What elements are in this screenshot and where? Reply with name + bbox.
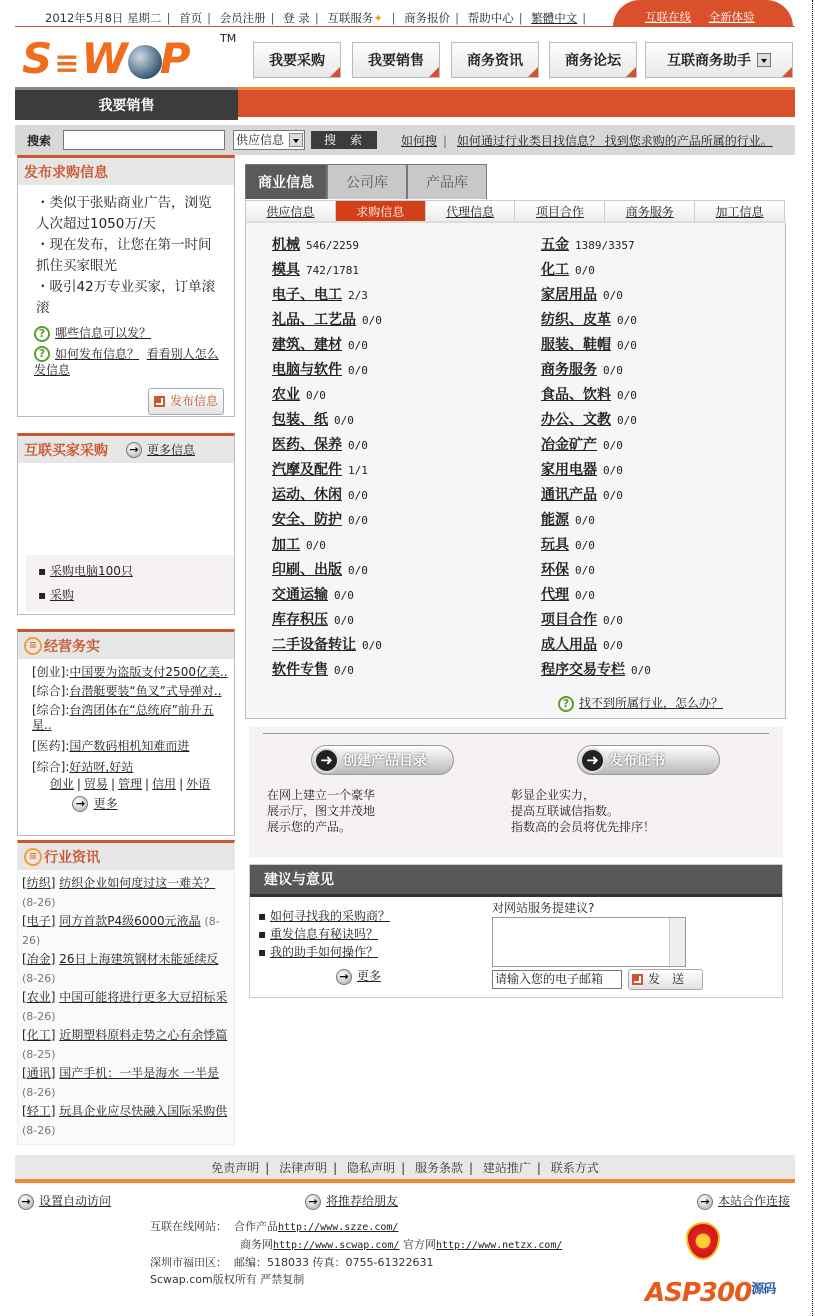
category-count: 0/0 bbox=[617, 339, 637, 352]
category-link[interactable]: 五金 bbox=[541, 237, 569, 253]
category-item: 模具742/1781 bbox=[272, 258, 382, 283]
footer-nav: →设置自动访问 →将推荐给朋友 →本站合作连接 bbox=[15, 1192, 795, 1212]
category-item: 汽摩及配件1/1 bbox=[272, 458, 382, 483]
category-item: 家居用品0/0 bbox=[541, 283, 651, 308]
category-link[interactable]: 项目合作 bbox=[541, 612, 597, 628]
category-link[interactable]: 医药、保养 bbox=[272, 437, 342, 453]
search-bar: 搜索 供应信息 搜索 如何搜| 如何通过行业类目找信息？ 找到您求购的产品所属的… bbox=[15, 125, 795, 155]
question-icon: ? bbox=[34, 346, 50, 362]
category-link[interactable]: 冶金矿产 bbox=[541, 437, 597, 453]
business-panel: ≡经营务实 [创业]:中国要为盗版支付2500亿美.. [综合]:台潜艇要装“鱼… bbox=[17, 629, 235, 836]
category-item: 建筑、建材0/0 bbox=[272, 333, 382, 358]
category-count: 0/0 bbox=[334, 589, 354, 602]
faq-link[interactable]: 重发信息有秘诀吗？ bbox=[270, 927, 378, 941]
search-button[interactable]: 搜索 bbox=[311, 131, 377, 149]
arrow-right-icon: → bbox=[336, 969, 352, 985]
category-link[interactable]: 二手设备转让 bbox=[272, 637, 356, 653]
category-count: 0/0 bbox=[306, 539, 326, 552]
logo[interactable]: S≡WP bbox=[22, 36, 222, 82]
list-item[interactable]: 采购 bbox=[50, 588, 74, 602]
question-icon: ? bbox=[558, 696, 574, 712]
news-item: [冶金] 26日上海建筑钢材未能延续反 (8-26) bbox=[22, 950, 228, 988]
search-input[interactable] bbox=[63, 130, 225, 150]
category-count: 0/0 bbox=[603, 364, 623, 377]
top-promo: 互联在线 全新体验 bbox=[613, 0, 793, 27]
category-count: 1389/3357 bbox=[575, 239, 635, 252]
search-label: 搜索 bbox=[27, 132, 51, 149]
panel-title: 行业资讯 bbox=[44, 847, 100, 867]
star-icon: ✦ bbox=[373, 11, 383, 25]
subtab-service[interactable]: 商务服务 bbox=[605, 201, 695, 221]
more-link[interactable]: 更多 bbox=[357, 969, 381, 983]
footer-link[interactable]: 隐私声明 bbox=[347, 1161, 395, 1175]
category-item: 代理0/0 bbox=[541, 583, 651, 608]
email-field[interactable]: 请输入您的电子邮箱 bbox=[492, 970, 622, 989]
category-count: 0/0 bbox=[348, 514, 368, 527]
list-item[interactable]: 台潜艇要装“鱼叉”式导弹对.. bbox=[69, 684, 221, 698]
category-box: 机械546/2259模具742/1781电子、电工2/3礼品、工艺品0/0建筑、… bbox=[245, 223, 786, 719]
category-item: 通讯产品0/0 bbox=[541, 483, 651, 508]
subtab-purchase[interactable]: 求购信息 bbox=[336, 201, 426, 221]
sub-tabs: 供应信息 求购信息 代理信息 项目合作 商务服务 加工信息 bbox=[245, 200, 785, 223]
biz-url[interactable]: http://www.scwap.com/ bbox=[273, 1240, 399, 1251]
create-catalog-button[interactable]: ➜创建产品目录 bbox=[311, 745, 454, 775]
footer-link[interactable]: 服务条款 bbox=[415, 1161, 463, 1175]
category-link[interactable]: 农业 bbox=[272, 387, 300, 403]
footer-link[interactable]: 免责声明 bbox=[211, 1161, 259, 1175]
news-item: [通讯] 国产手机：一半是海水 一半是 (8-26) bbox=[22, 1064, 228, 1102]
scrollbar[interactable] bbox=[669, 918, 685, 966]
nav-purchase[interactable]: 我要采购 bbox=[253, 42, 341, 78]
send-button[interactable]: 发 送 bbox=[628, 969, 703, 990]
category-column-right: 五金1389/3357化工0/0家居用品0/0纺织、皮革0/0服装、鞋帽0/0商… bbox=[541, 233, 651, 683]
category-item: 家用电器0/0 bbox=[541, 458, 651, 483]
cat-management[interactable]: 管理 bbox=[118, 777, 142, 791]
section-title: 我要销售 bbox=[15, 87, 238, 120]
category-item: 纺织、皮革0/0 bbox=[541, 308, 651, 333]
category-count: 0/0 bbox=[306, 389, 326, 402]
link-register[interactable]: 会员注册 bbox=[220, 11, 266, 25]
watermark-logo: ASP300源码 bbox=[645, 1278, 775, 1308]
badge-icon bbox=[686, 1222, 720, 1260]
industry-news-panel: ≡行业资讯 [纺织] 纺织企业如何度过这一难关？ (8-26) [电子] 同方首… bbox=[17, 840, 235, 1145]
category-count: 0/0 bbox=[348, 364, 368, 377]
panel-title: 发布求购信息 bbox=[18, 158, 234, 185]
arrow-right-icon: → bbox=[72, 796, 88, 812]
cat-startup[interactable]: 创业 bbox=[50, 777, 74, 791]
link-services[interactable]: 互联服务 bbox=[327, 11, 373, 25]
category-count: 0/0 bbox=[334, 614, 354, 627]
subtab-agency[interactable]: 代理信息 bbox=[426, 201, 516, 221]
industry-tip-link[interactable]: 如何通过行业类目找信息？ 找到您求购的产品所属的行业。 bbox=[457, 134, 773, 148]
question-icon: ? bbox=[34, 326, 50, 342]
dropdown-arrow-icon[interactable] bbox=[757, 53, 771, 67]
category-link[interactable]: 加工 bbox=[272, 537, 300, 553]
category-item: 医药、保养0/0 bbox=[272, 433, 382, 458]
category-item: 环保0/0 bbox=[541, 558, 651, 583]
list-item[interactable]: 国产数码相机知难而进 bbox=[69, 739, 189, 753]
subtab-project[interactable]: 项目合作 bbox=[515, 201, 605, 221]
link-quotes[interactable]: 商务报价 bbox=[404, 11, 450, 25]
category-count: 0/0 bbox=[348, 564, 368, 577]
arrow-right-icon: → bbox=[126, 442, 142, 458]
nav-assistant[interactable]: 互联商务助手 bbox=[645, 42, 793, 78]
create-box: ➜创建产品目录 ➜发布证书 在网上建立一个豪华展示厅，图文并茂地展示您的产品。 … bbox=[249, 727, 783, 857]
category-link[interactable]: 办公、文教 bbox=[541, 412, 611, 428]
category-link[interactable]: 汽摩及配件 bbox=[272, 462, 342, 478]
subtab-supply[interactable]: 供应信息 bbox=[246, 201, 336, 221]
more-info-link[interactable]: 更多信息 bbox=[147, 443, 195, 457]
category-item: 商务服务0/0 bbox=[541, 358, 651, 383]
arrow-right-icon: → bbox=[697, 1194, 713, 1210]
arrow-right-icon: → bbox=[18, 1194, 34, 1210]
create-desc: 在网上建立一个豪华展示厅，图文并茂地展示您的产品。 bbox=[267, 787, 375, 835]
suggestion-box: 建议与意见 ▪ 如何寻找我的采购商？ ▪ 重发信息有秘诀吗？ ▪ 我的助手如何操… bbox=[249, 864, 783, 998]
category-link[interactable]: 模具 bbox=[272, 262, 300, 278]
news-item: [纺织] 纺织企业如何度过这一难关？ (8-26) bbox=[22, 874, 228, 912]
category-link[interactable]: 纺织、皮革 bbox=[541, 312, 611, 328]
category-item: 项目合作0/0 bbox=[541, 608, 651, 633]
news-item: [农业] 中国可能将进行更多大豆招标采 (8-26) bbox=[22, 988, 228, 1026]
category-link[interactable]: 安全、防护 bbox=[272, 512, 342, 528]
category-count: 0/0 bbox=[575, 264, 595, 277]
main-tabs: 商业信息 公司库 产品库 bbox=[245, 164, 487, 199]
category-item: 软件专售0/0 bbox=[272, 658, 382, 683]
news-item: [化工] 近期塑料原料走势之心有余悸篇 (8-25) bbox=[22, 1026, 228, 1064]
arrow-box-icon bbox=[154, 396, 165, 407]
category-item: 食品、饮料0/0 bbox=[541, 383, 651, 408]
tab-product-db[interactable]: 产品库 bbox=[407, 164, 487, 199]
nav-news[interactable]: 商务资讯 bbox=[451, 42, 539, 78]
recommend-link[interactable]: 将推荐给朋友 bbox=[326, 1194, 398, 1208]
category-link[interactable]: 通讯产品 bbox=[541, 487, 597, 503]
link-help[interactable]: 帮助中心 bbox=[468, 11, 514, 25]
category-item: 礼品、工艺品0/0 bbox=[272, 308, 382, 333]
bullet: ・现在发布，让您在第一时间抓住买家眼光 bbox=[36, 235, 224, 277]
category-link[interactable]: 代理 bbox=[541, 587, 569, 603]
category-link[interactable]: 机械 bbox=[272, 237, 300, 253]
category-link[interactable]: 运动、休闲 bbox=[272, 487, 342, 503]
category-item: 电脑与软件0/0 bbox=[272, 358, 382, 383]
category-item: 五金1389/3357 bbox=[541, 233, 651, 258]
link-login[interactable]: 登 录 bbox=[283, 11, 310, 25]
section-bar: 我要销售 bbox=[15, 87, 795, 117]
category-count: 0/0 bbox=[575, 514, 595, 527]
category-item: 农业0/0 bbox=[272, 383, 382, 408]
category-item: 印刷、出版0/0 bbox=[272, 558, 382, 583]
category-item: 运动、休闲0/0 bbox=[272, 483, 382, 508]
arrow-right-icon: ➜ bbox=[580, 748, 605, 773]
tab-business-info[interactable]: 商业信息 bbox=[245, 164, 327, 199]
category-link[interactable]: 化工 bbox=[541, 262, 569, 278]
category-item: 机械546/2259 bbox=[272, 233, 382, 258]
panel-title: 互联买家采购 bbox=[24, 440, 108, 460]
category-count: 0/0 bbox=[617, 389, 637, 402]
category-count: 0/0 bbox=[348, 489, 368, 502]
category-item: 包装、纸0/0 bbox=[272, 408, 382, 433]
arrow-box-icon bbox=[632, 974, 643, 985]
category-count: 0/0 bbox=[348, 439, 368, 452]
category-link[interactable]: 电脑与软件 bbox=[272, 362, 342, 378]
tab-company-db[interactable]: 公司库 bbox=[327, 164, 407, 199]
category-link[interactable]: 印刷、出版 bbox=[272, 562, 342, 578]
category-count: 0/0 bbox=[575, 564, 595, 577]
footer-info: 互联在线网站： 合作产品http://www.szze.com/ 商务网http… bbox=[150, 1218, 562, 1288]
not-found-help: ?找不到所属行业，怎么办？ bbox=[558, 694, 723, 712]
bullet: ・类似于张贴商业广告，浏览人次超过1050万/天 bbox=[36, 193, 224, 235]
category-item: 加工0/0 bbox=[272, 533, 382, 558]
category-count: 1/1 bbox=[348, 464, 368, 477]
chevron-down-icon bbox=[289, 133, 303, 147]
form-label: 对网站服务提建议? bbox=[492, 899, 594, 916]
suggestion-title: 建议与意见 bbox=[250, 865, 782, 897]
category-link[interactable]: 环保 bbox=[541, 562, 569, 578]
category-link[interactable]: 礼品、工艺品 bbox=[272, 312, 356, 328]
bullet: ・吸引42万专业买家，订单滚滚 bbox=[36, 277, 224, 319]
news-item: [电子] 同方首款P4级6000元液晶 (8-26) bbox=[22, 912, 228, 950]
link-traditional-chinese[interactable]: 繁體中文 bbox=[531, 11, 577, 25]
suggestion-textarea[interactable] bbox=[492, 917, 686, 967]
footer-link[interactable]: 法律声明 bbox=[279, 1161, 327, 1175]
trademark: TM bbox=[220, 32, 236, 45]
category-item: 化工0/0 bbox=[541, 258, 651, 283]
category-link[interactable]: 软件专售 bbox=[272, 662, 328, 678]
category-link[interactable]: 库存积压 bbox=[272, 612, 328, 628]
category-link[interactable]: 交通运输 bbox=[272, 587, 328, 603]
publish-panel: 发布求购信息 ・类似于张贴商业广告，浏览人次超过1050万/天 ・现在发布，让您… bbox=[17, 155, 235, 417]
footer-link[interactable]: 建站推广 bbox=[483, 1161, 531, 1175]
more-link[interactable]: 更多 bbox=[93, 797, 117, 811]
category-item: 安全、防护0/0 bbox=[272, 508, 382, 533]
link-home[interactable]: 首页 bbox=[179, 11, 202, 25]
subtab-processing[interactable]: 加工信息 bbox=[695, 201, 784, 221]
category-item: 冶金矿产0/0 bbox=[541, 433, 651, 458]
category-count: 0/0 bbox=[617, 314, 637, 327]
category-count: 0/0 bbox=[603, 439, 623, 452]
category-column-left: 机械546/2259模具742/1781电子、电工2/3礼品、工艺品0/0建筑、… bbox=[272, 233, 382, 683]
category-link[interactable]: 服装、鞋帽 bbox=[541, 337, 611, 353]
category-count: 0/0 bbox=[334, 414, 354, 427]
category-link[interactable]: 电子、电工 bbox=[272, 287, 342, 303]
category-item: 成人用品0/0 bbox=[541, 633, 651, 658]
category-item: 库存积压0/0 bbox=[272, 608, 382, 633]
category-link[interactable]: 家居用品 bbox=[541, 287, 597, 303]
search-help-link[interactable]: 如何搜 bbox=[401, 134, 437, 148]
publish-button[interactable]: 发布信息 bbox=[148, 388, 224, 415]
list-item[interactable]: 中国要为盗版支付2500亿美.. bbox=[69, 665, 227, 679]
top-links: 2012年5月8日 星期二| 首页| 会员注册| 登 录| 互联服务✦ | 商务… bbox=[45, 10, 591, 26]
official-url[interactable]: http://www.netzx.com/ bbox=[436, 1240, 562, 1251]
partner-link[interactable]: 本站合作连接 bbox=[718, 1194, 790, 1208]
certificate-desc: 彰显企业实力，提高互联诚信指数。指数高的会员将优先排序！ bbox=[511, 787, 655, 835]
category-count: 0/0 bbox=[603, 464, 623, 477]
document-icon: ≡ bbox=[24, 848, 42, 866]
category-count: 0/0 bbox=[334, 664, 354, 677]
category-item: 玩具0/0 bbox=[541, 533, 651, 558]
which-info-link[interactable]: 哪些信息可以发？ bbox=[55, 326, 151, 340]
auto-visit-link[interactable]: 设置自动访问 bbox=[39, 1194, 111, 1208]
category-link[interactable]: 成人用品 bbox=[541, 637, 597, 653]
category-count: 0/0 bbox=[603, 289, 623, 302]
category-item: 电子、电工2/3 bbox=[272, 283, 382, 308]
category-link[interactable]: 能源 bbox=[541, 512, 569, 528]
list-item[interactable]: 采购电脑100只 bbox=[50, 564, 133, 578]
panel-title: 经营务实 bbox=[44, 636, 100, 656]
category-count: 0/0 bbox=[362, 314, 382, 327]
search-type-select[interactable]: 供应信息 bbox=[233, 130, 305, 150]
category-count: 0/0 bbox=[617, 414, 637, 427]
category-link[interactable]: 包装、纸 bbox=[272, 412, 328, 428]
category-item: 交通运输0/0 bbox=[272, 583, 382, 608]
arrow-right-icon: ➜ bbox=[314, 748, 339, 773]
category-item: 能源0/0 bbox=[541, 508, 651, 533]
category-count: 546/2259 bbox=[306, 239, 359, 252]
link-online[interactable]: 互联在线 bbox=[645, 10, 691, 24]
category-link[interactable]: 商务服务 bbox=[541, 362, 597, 378]
cat-foreign[interactable]: 外语 bbox=[186, 777, 210, 791]
nav-sell[interactable]: 我要销售 bbox=[352, 42, 440, 78]
category-link[interactable]: 食品、饮料 bbox=[541, 387, 611, 403]
footer-links: 免责声明| 法律声明| 隐私声明| 服务条款| 建站推广| 联系方式 bbox=[15, 1155, 795, 1183]
category-count: 0/0 bbox=[603, 614, 623, 627]
category-item: 二手设备转让0/0 bbox=[272, 633, 382, 658]
category-count: 0/0 bbox=[348, 339, 368, 352]
link-new-experience[interactable]: 全新体验 bbox=[709, 10, 755, 24]
faq-link[interactable]: 我的助手如何操作？ bbox=[270, 945, 378, 959]
buyers-panel: 互联买家采购→更多信息 ▪ 采购电脑100只 ▪ 采购 bbox=[17, 433, 235, 615]
category-count: 0/0 bbox=[575, 589, 595, 602]
cat-credit[interactable]: 信用 bbox=[152, 777, 176, 791]
nav-forum[interactable]: 商务论坛 bbox=[549, 42, 637, 78]
how-publish-link[interactable]: 如何发布信息？ bbox=[55, 347, 139, 361]
not-found-link[interactable]: 找不到所属行业，怎么办？ bbox=[579, 696, 723, 710]
category-count: 0/0 bbox=[362, 639, 382, 652]
category-count: 0/0 bbox=[603, 489, 623, 502]
category-item: 办公、文教0/0 bbox=[541, 408, 651, 433]
category-item: 程序交易专栏0/0 bbox=[541, 658, 651, 683]
globe-icon bbox=[128, 45, 162, 79]
category-count: 2/3 bbox=[348, 289, 368, 302]
category-count: 0/0 bbox=[575, 539, 595, 552]
cat-trade[interactable]: 贸易 bbox=[84, 777, 108, 791]
category-count: 0/0 bbox=[603, 639, 623, 652]
category-link[interactable]: 家用电器 bbox=[541, 462, 597, 478]
category-count: 742/1781 bbox=[306, 264, 359, 277]
news-item: [轻工] 玩具企业应尽快融入国际采购供 (8-26) bbox=[22, 1102, 228, 1140]
date-text: 2012年5月8日 bbox=[45, 11, 123, 25]
arrow-right-icon: → bbox=[305, 1194, 321, 1210]
list-item[interactable]: 好站呀,好站 bbox=[69, 760, 133, 774]
coop-url[interactable]: http://www.szze.com/ bbox=[278, 1222, 398, 1233]
category-link[interactable]: 建筑、建材 bbox=[272, 337, 342, 353]
weekday-text: 星期二 bbox=[127, 11, 162, 25]
category-item: 服装、鞋帽0/0 bbox=[541, 333, 651, 358]
faq-link[interactable]: 如何寻找我的采购商？ bbox=[270, 909, 390, 923]
footer-link[interactable]: 联系方式 bbox=[551, 1161, 599, 1175]
category-link[interactable]: 程序交易专栏 bbox=[541, 662, 625, 678]
publish-certificate-button[interactable]: ➜发布证书 bbox=[577, 745, 720, 775]
document-icon: ≡ bbox=[24, 637, 42, 655]
category-link[interactable]: 玩具 bbox=[541, 537, 569, 553]
category-count: 0/0 bbox=[631, 664, 651, 677]
